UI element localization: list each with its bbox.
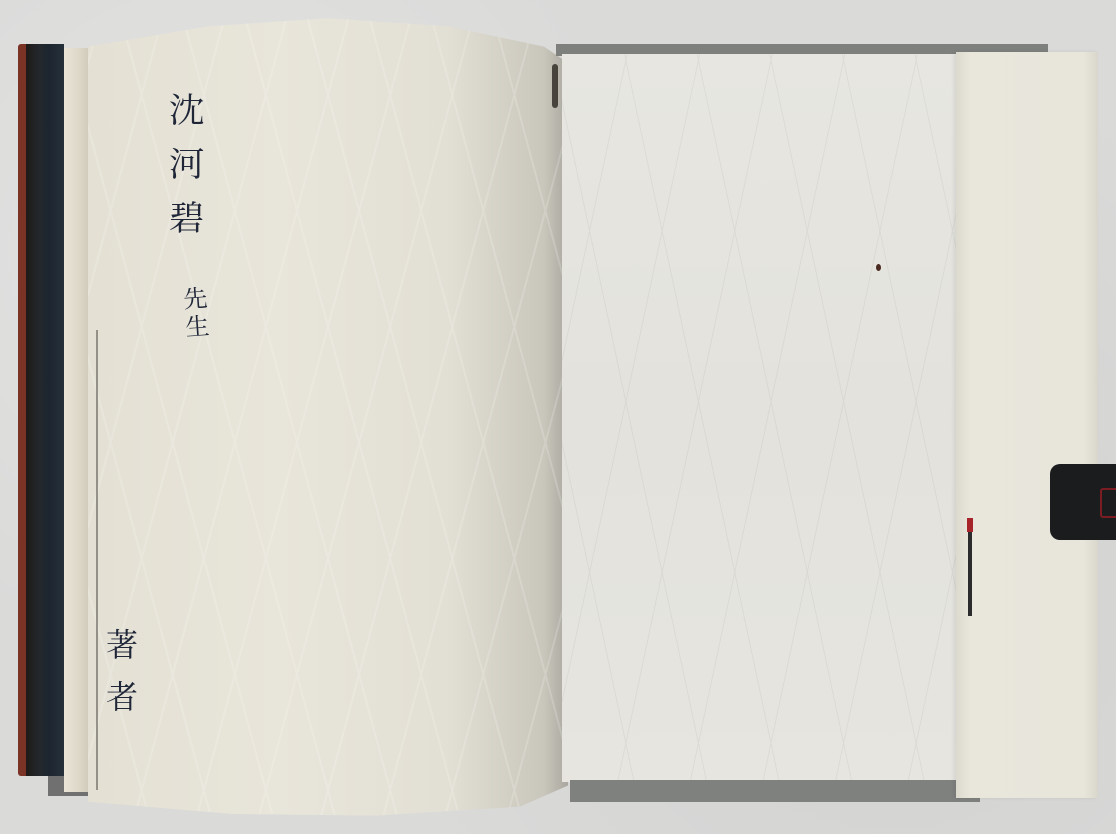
paper-watermark-pattern	[88, 6, 568, 818]
inscription-signature: 著者	[104, 628, 136, 732]
inscription-recipient: 沈河碧	[165, 92, 201, 254]
paper-texture	[562, 54, 980, 782]
paper-spot	[876, 264, 881, 271]
bookmark-ribbon	[968, 518, 972, 616]
book-spine-cover	[26, 44, 64, 776]
bookmark-red-tip	[967, 518, 973, 532]
page-block-edge	[64, 48, 90, 792]
binding-seam	[552, 64, 558, 108]
back-board-bottom-edge	[570, 780, 980, 802]
clip-logo-icon	[1100, 488, 1116, 518]
page-gutter-line	[96, 330, 98, 790]
left-endpaper	[88, 6, 568, 818]
right-endpaper	[562, 54, 980, 782]
dust-jacket-flap	[956, 52, 1098, 798]
inscription-honorific: 先生	[180, 285, 208, 343]
